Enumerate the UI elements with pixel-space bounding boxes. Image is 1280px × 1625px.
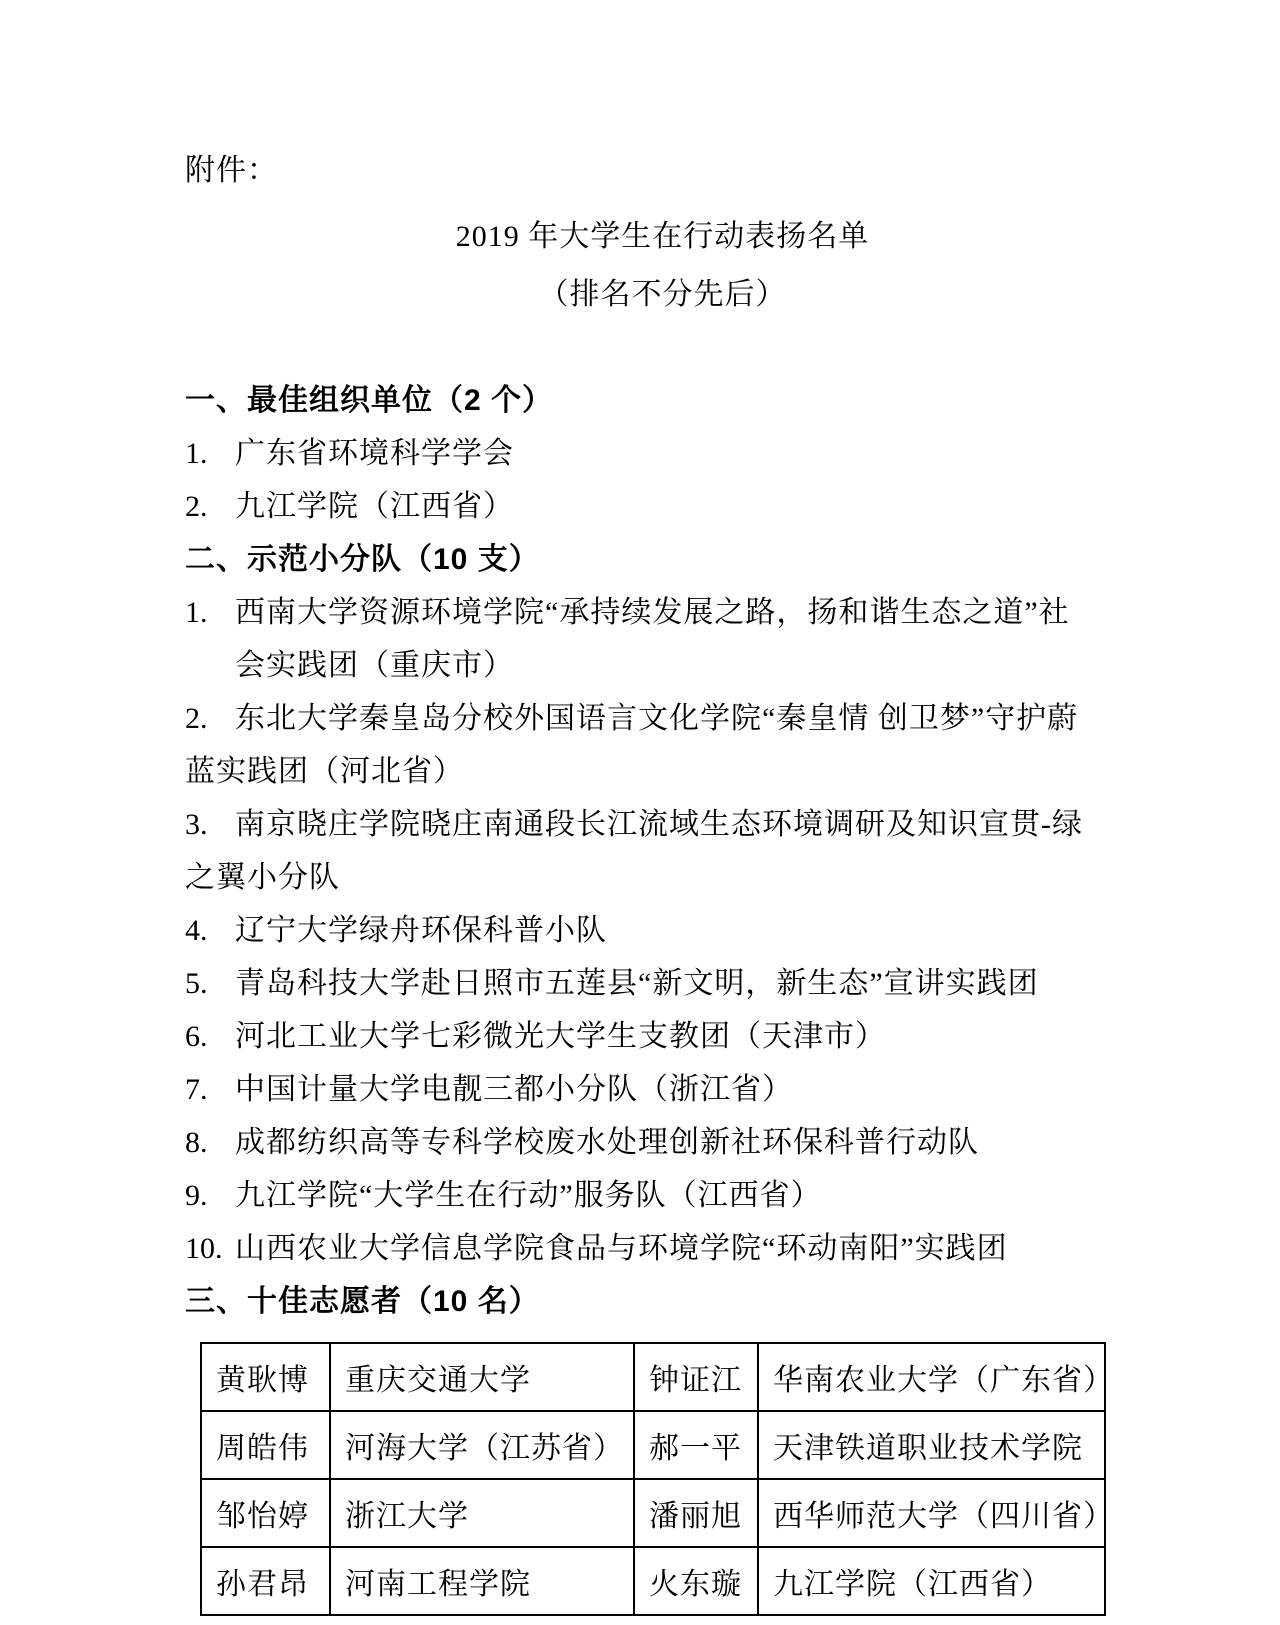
table-cell-name: 郝一平 [634,1411,758,1479]
table-cell-school: 河南工程学院 [330,1547,634,1615]
section1-item-1: 1.广东省环境科学学会 [185,427,1140,480]
table-cell-name: 孙君昂 [201,1547,330,1615]
section2-item-1-line-2: 会实践团（重庆市） [185,639,1140,692]
top-volunteers-table: 黄耿博 重庆交通大学 钟证江 华南农业大学（广东省） 周皓伟 河海大学（江苏省）… [200,1342,1106,1616]
section2-item-1-line-1: 1.西南大学资源环境学院“承持续发展之路，扬和谐生态之道”社 [185,586,1140,639]
table-row: 周皓伟 河海大学（江苏省） 郝一平 天津铁道职业技术学院 [201,1411,1105,1479]
table-cell-school: 河海大学（江苏省） [330,1411,634,1479]
section3-heading: 三、十佳志愿者（10 名） [185,1275,1140,1328]
table-cell-name: 周皓伟 [201,1411,330,1479]
section2-item-3-line-2: 之翼小分队 [185,851,1140,904]
item-number: 4. [185,904,235,957]
section2-item-7: 7.中国计量大学电靓三都小分队（浙江省） [185,1063,1140,1116]
document-title: 2019 年大学生在行动表扬名单 [185,210,1140,264]
document-body: 2019 年大学生在行动表扬名单 （排名不分先后） 一、最佳组织单位（2 个） … [185,210,1140,1616]
volunteers-table-wrap: 黄耿博 重庆交通大学 钟证江 华南农业大学（广东省） 周皓伟 河海大学（江苏省）… [200,1342,1140,1616]
item-number: 10. [185,1222,235,1275]
table-cell-name: 钟证江 [634,1343,758,1411]
table-cell-school: 重庆交通大学 [330,1343,634,1411]
document-subtitle: （排名不分先后） [185,268,1140,321]
item-number: 5. [185,957,235,1010]
item-number: 2. [185,480,235,533]
item-text: 九江学院（江西省） [235,490,514,523]
table-cell-school: 天津铁道职业技术学院 [758,1411,1105,1479]
table-cell-name: 黄耿博 [201,1343,330,1411]
item-number: 9. [185,1169,235,1222]
item-number: 1. [185,427,235,480]
section2-item-9: 9.九江学院“大学生在行动”服务队（江西省） [185,1169,1140,1222]
section1-item-2: 2.九江学院（江西省） [185,480,1140,533]
section1-heading: 一、最佳组织单位（2 个） [185,374,1140,427]
attachment-label: 附件： [185,144,1140,197]
table-cell-school: 西华师范大学（四川省） [758,1479,1105,1547]
item-text: 青岛科技大学赴日照市五莲县“新文明，新生态”宣讲实践团 [235,967,1039,1000]
table-cell-school: 华南农业大学（广东省） [758,1343,1105,1411]
item-text: 广东省环境科学学会 [235,437,514,470]
item-text: 西南大学资源环境学院“承持续发展之路，扬和谐生态之道”社 [235,596,1070,629]
section2-item-2-line-1: 2.东北大学秦皇岛分校外国语言文化学院“秦皇情 创卫梦”守护蔚 [185,692,1140,745]
item-number: 3. [185,798,235,851]
item-number: 8. [185,1116,235,1169]
item-text: 辽宁大学绿舟环保科普小队 [235,914,607,947]
table-cell-school: 浙江大学 [330,1479,634,1547]
section2-item-8: 8.成都纺织高等专科学校废水处理创新社环保科普行动队 [185,1116,1140,1169]
item-text: 东北大学秦皇岛分校外国语言文化学院“秦皇情 创卫梦”守护蔚 [235,702,1078,735]
section2-item-10: 10.山西农业大学信息学院食品与环境学院“环动南阳”实践团 [185,1222,1140,1275]
section2-item-5: 5.青岛科技大学赴日照市五莲县“新文明，新生态”宣讲实践团 [185,957,1140,1010]
table-cell-school: 九江学院（江西省） [758,1547,1105,1615]
item-number: 2. [185,692,235,745]
section2-item-3-line-1: 3.南京晓庄学院晓庄南通段长江流域生态环境调研及知识宣贯-绿 [185,798,1140,851]
item-text: 河北工业大学七彩微光大学生支教团（天津市） [235,1020,886,1053]
item-number: 1. [185,586,235,639]
item-text: 南京晓庄学院晓庄南通段长江流域生态环境调研及知识宣贯-绿 [235,808,1083,841]
table-cell-name: 潘丽旭 [634,1479,758,1547]
section2-item-6: 6.河北工业大学七彩微光大学生支教团（天津市） [185,1010,1140,1063]
table-row: 黄耿博 重庆交通大学 钟证江 华南农业大学（广东省） [201,1343,1105,1411]
item-text: 山西农业大学信息学院食品与环境学院“环动南阳”实践团 [235,1232,1008,1265]
section2-item-2-line-2: 蓝实践团（河北省） [185,745,1140,798]
item-text: 成都纺织高等专科学校废水处理创新社环保科普行动队 [235,1126,979,1159]
item-number: 7. [185,1063,235,1116]
section2-heading: 二、示范小分队（10 支） [185,533,1140,586]
document-page: 附件： 2019 年大学生在行动表扬名单 （排名不分先后） 一、最佳组织单位（2… [0,0,1280,1625]
item-number: 6. [185,1010,235,1063]
table-cell-name: 火东璇 [634,1547,758,1615]
table-cell-name: 邹怡婷 [201,1479,330,1547]
table-row: 孙君昂 河南工程学院 火东璇 九江学院（江西省） [201,1547,1105,1615]
table-row: 邹怡婷 浙江大学 潘丽旭 西华师范大学（四川省） [201,1479,1105,1547]
item-text: 九江学院“大学生在行动”服务队（江西省） [235,1179,822,1212]
section2-item-4: 4.辽宁大学绿舟环保科普小队 [185,904,1140,957]
item-text: 中国计量大学电靓三都小分队（浙江省） [235,1073,793,1106]
